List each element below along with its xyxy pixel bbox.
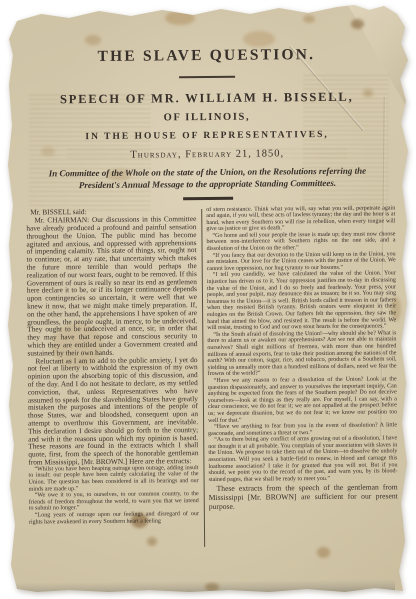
extract-quote: of stern resistance. Think what you will…	[206, 205, 395, 233]
extract-quote: “We owe it to you, to ourselves, to our …	[29, 491, 199, 512]
extract-quote: “Is the South afraid of dissolving the U…	[207, 330, 396, 378]
extract-quote: “Go home and tell your people the issue …	[206, 231, 395, 252]
paper-sheet: THE SLAVE QUESTION. SPEECH OF MR. WILLIA…	[7, 5, 410, 595]
page-content: THE SLAVE QUESTION. SPEECH OF MR. WILLIA…	[4, 3, 412, 596]
date-line: Thursday, February 21, 1850,	[6, 147, 409, 162]
extract-quote: “As to there being any conflict of arms …	[208, 436, 397, 484]
column-rule	[201, 209, 205, 547]
left-column: Mr. BISSELL said: Mr. CHAIRMAN: Our disc…	[26, 207, 199, 560]
state-heading: OF ILLINOIS,	[5, 110, 408, 125]
divider-rule-thick	[183, 197, 233, 200]
extract-quote: “Long years of outrage upon our feelings…	[29, 511, 199, 526]
chamber-heading: IN THE HOUSE OF REPRESENTATIVES,	[6, 129, 409, 143]
extract-quote: “If you fancy that our devotion to the U…	[207, 251, 396, 272]
masthead: THE SLAVE QUESTION. SPEECH OF MR. WILLIA…	[5, 45, 409, 201]
extract-quote: “Whilst you have been heaping outrage up…	[28, 465, 198, 493]
right-column: of stern resistance. Think what you will…	[206, 205, 398, 559]
paragraph: Reluctant as I am to add to the public a…	[27, 356, 198, 467]
speech-heading: SPEECH OF MR. WILLIAM H. BISSELL,	[5, 89, 408, 108]
two-column-body: Mr. BISSELL said: Mr. CHAIRMAN: Our disc…	[6, 205, 412, 561]
closing-paragraph: These extracts from the speech of the ge…	[209, 484, 398, 511]
scanned-pamphlet: THE SLAVE QUESTION. SPEECH OF MR. WILLIA…	[0, 0, 416, 599]
extract-quote: “I tell you candidly, we have calculated…	[207, 271, 397, 332]
divider-rule	[179, 76, 235, 78]
paragraph: Mr. CHAIRMAN: Our discussions in this Co…	[26, 215, 197, 357]
committee-line: In Committee of the Whole on the state o…	[29, 165, 385, 191]
page-title: THE SLAVE QUESTION.	[5, 45, 408, 67]
extract-quote: “Have we any reason to fear a dissolutio…	[208, 376, 397, 424]
